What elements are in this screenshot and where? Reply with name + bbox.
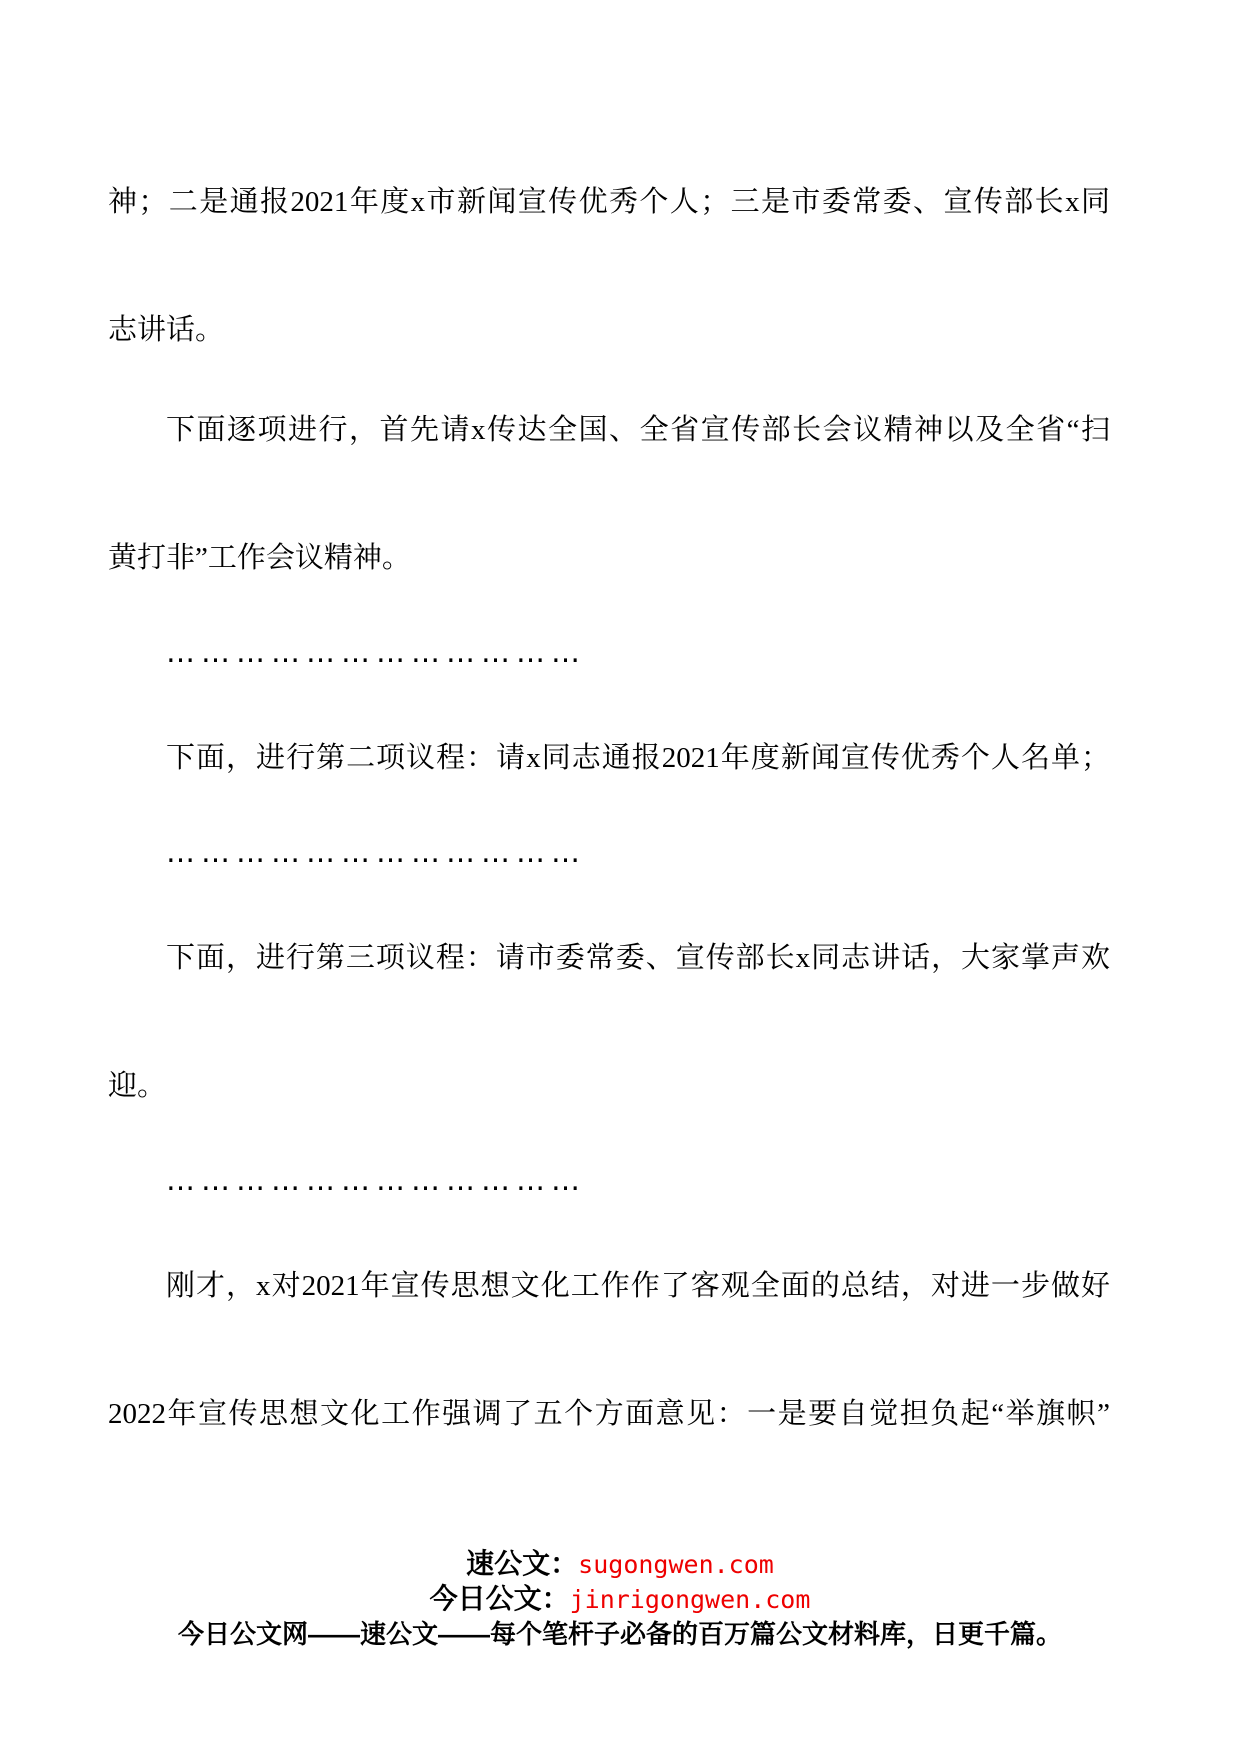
dots-line: ………………………………	[108, 1116, 1110, 1244]
site1-label: 速公文：	[466, 1548, 578, 1579]
footer-tagline: 今日公文网——速公文——每个笔杆子必备的百万篇公文材料库，日更千篇。	[0, 1617, 1240, 1651]
dots-paragraph: ………………………………	[108, 794, 1110, 922]
paragraph: 下面，进行第三项议程：请市委常委、宣传部长x同志讲话，大家掌声欢迎。	[108, 894, 1110, 1150]
text-line: 2022年宣传思想文化工作强调了五个方面意见：一是要自觉担负起“举旗帜”	[108, 1350, 1110, 1478]
paragraph: 刚才，x对2021年宣传思想文化工作作了客观全面的总结，对进一步做好2022年宣…	[108, 1222, 1110, 1478]
body-text: 神；二是通报2021年度x市新闻宣传优秀个人；三是市委常委、宣传部长x同志讲话。…	[108, 138, 1110, 1450]
text-line: 神；二是通报2021年度x市新闻宣传优秀个人；三是市委常委、宣传部长x同	[108, 138, 1110, 266]
text-line: 下面逐项进行，首先请x传达全国、全省宣传部长会议精神以及全省“扫	[108, 366, 1110, 494]
site2-label: 今日公文：	[430, 1583, 570, 1614]
site2-url: jinrigongwen.com	[570, 1585, 811, 1614]
footer-line-2: 今日公文：jinrigongwen.com	[0, 1581, 1240, 1618]
paragraph: 神；二是通报2021年度x市新闻宣传优秀个人；三是市委常委、宣传部长x同志讲话。	[108, 138, 1110, 394]
dots-line: ………………………………	[108, 788, 1110, 916]
paragraph: 下面逐项进行，首先请x传达全国、全省宣传部长会议精神以及全省“扫黄打非”工作会议…	[108, 366, 1110, 622]
document-page: 神；二是通报2021年度x市新闻宣传优秀个人；三是市委常委、宣传部长x同志讲话。…	[0, 0, 1240, 1754]
site1-url: sugongwen.com	[578, 1550, 774, 1579]
footer-line-1: 速公文：sugongwen.com	[0, 1546, 1240, 1583]
dots-paragraph: ………………………………	[108, 594, 1110, 722]
footer-tagline-text: 今日公文网——速公文——每个笔杆子必备的百万篇公文材料库，日更千篇。	[178, 1619, 1062, 1649]
dots-paragraph: ………………………………	[108, 1122, 1110, 1250]
dots-line: ………………………………	[108, 588, 1110, 716]
